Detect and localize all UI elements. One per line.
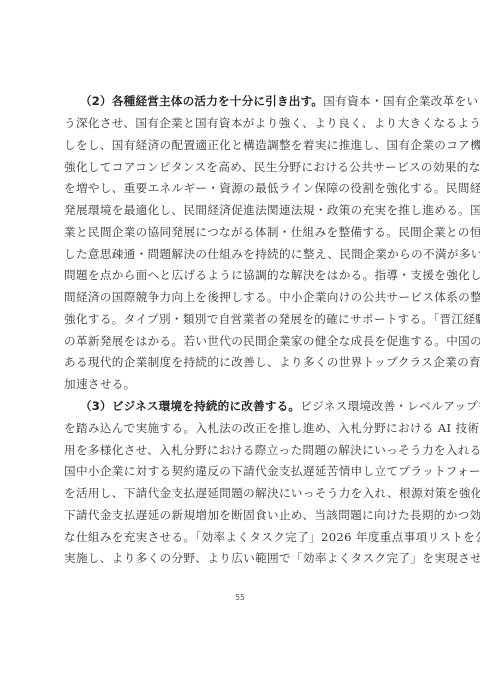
paragraph-line: 加速させる。: [64, 374, 434, 394]
section-3-text: ビジネス環境改善・レベルアップ行動: [300, 399, 480, 413]
page-number: 55: [0, 593, 480, 602]
paragraph-line: ある現代的企業制度を持続的に改善し、より多くの世界トップクラス企業の育成を: [64, 352, 434, 372]
paragraph-line: 強化する。タイプ別・類別で自営業者の発展を的確にサポートする。「晋江経験」: [64, 309, 434, 329]
paragraph-line: な仕組みを充実させる。「効率よくタスク完了」2026 年度重点事項リストを公布・: [64, 527, 434, 547]
section-2-heading: （2）各種経営主体の活力を十分に引き出す。: [80, 94, 323, 108]
paragraph-line: 用を多様化させ、入札分野における際立った問題の解決にいっそう力を入れる。全: [64, 440, 434, 460]
paragraph-line: を踏み込んで実施する。入札法の改正を推し進め、入札分野における AI 技術の活: [64, 418, 434, 438]
section-3-line-1: （3）ビジネス環境を持続的に改善する。ビジネス環境改善・レベルアップ行動: [80, 396, 434, 416]
paragraph-line: の革新発展をはかる。若い世代の民間企業家の健全な成長を促進する。中国の特色: [64, 331, 434, 351]
paragraph-line: 国中小企業に対する契約違反の下請代金支払遅延苦情申し立てプラットフォーム: [64, 461, 434, 481]
paragraph-line: 下請代金支払遅延の新規増加を断固食い止め、当該問題に向けた長期的かつ効果的: [64, 505, 434, 525]
section-2-line-1: （2）各種経営主体の活力を十分に引き出す。国有資本・国有企業改革をいっそ: [80, 91, 434, 111]
paragraph-line: した意思疎通・問題解決の仕組みを持続的に整え、民間企業からの不満が多い共通: [64, 244, 434, 264]
paragraph-line: を活用し、下請代金支払遅延問題の解決にいっそう力を入れ、根源対策を強化し、: [64, 483, 434, 503]
paragraph-line: 間経済の国際競争力向上を後押しする。中小企業向けの公共サービス体系の整備を: [64, 287, 434, 307]
paragraph-line: しをし、国有経済の配置適正化と構造調整を着実に推進し、国有企業のコア機能を: [64, 135, 434, 155]
paragraph-line: 実施し、より多くの分野、より広い範囲で「効率よくタスク完了」を実現させる。: [64, 548, 434, 568]
section-2-text: 国有資本・国有企業改革をいっそ: [323, 94, 480, 108]
paragraph-line: う深化させ、国有企業と国有資本がより強く、より良く、より大きくなるよう後押: [64, 113, 434, 133]
section-3-heading: （3）ビジネス環境を持続的に改善する。: [80, 399, 300, 413]
paragraph-line: 業と民間企業の協同発展につながる体制・仕組みを整備する。民間企業との恒常化: [64, 222, 434, 242]
paragraph-line: 発展環境を最適化し、民間経済促進法関連法規・政策の充実を推し進める。国有企: [64, 200, 434, 220]
paragraph-line: 強化してコアコンピタンスを高め、民生分野における公共サービスの効果的な供給: [64, 157, 434, 177]
paragraph-line: 問題を点から面へと広げるように協調的な解決をはかる。指導・支援を強化し、民: [64, 265, 434, 285]
document-page: （2）各種経営主体の活力を十分に引き出す。国有資本・国有企業改革をいっそ う深化…: [0, 0, 480, 679]
paragraph-line: を増やし、重要エネルギー・資源の最低ライン保障の役割を強化する。民間経済の: [64, 178, 434, 198]
